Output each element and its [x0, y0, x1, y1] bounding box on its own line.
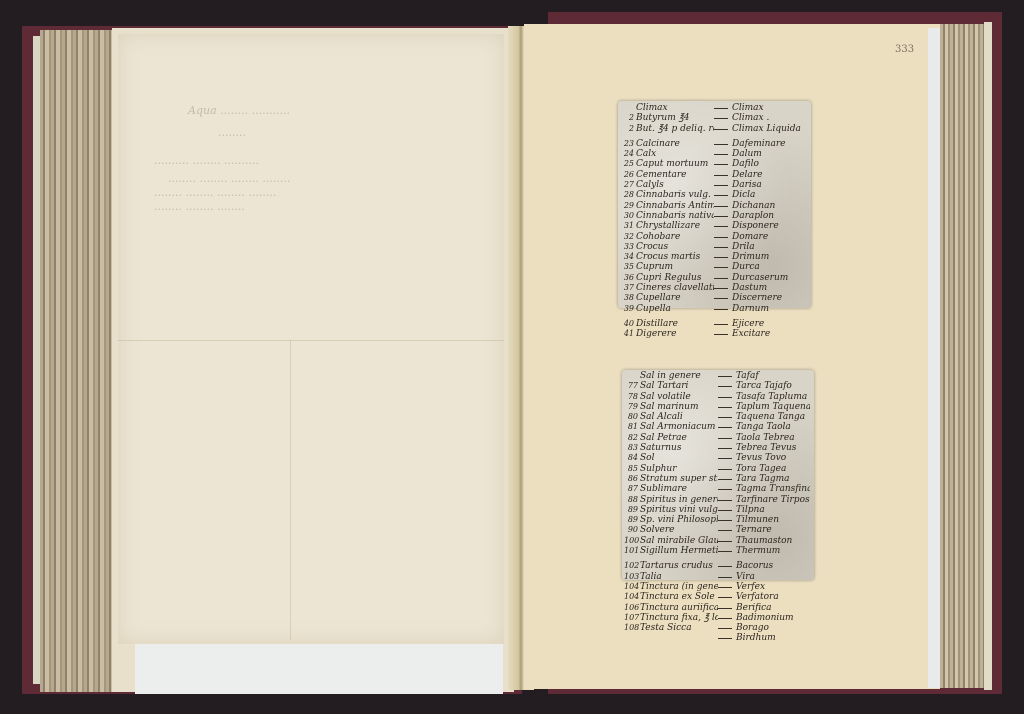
- entry-number: 31: [620, 221, 636, 231]
- code-term: Daraplon: [732, 211, 807, 221]
- code-term: Excitare: [732, 329, 807, 339]
- entry-number: 82: [624, 433, 640, 443]
- dash-line: [714, 159, 728, 165]
- entry-number: 86: [624, 474, 640, 484]
- entry-number: 29: [620, 201, 636, 211]
- entry-number: 89: [624, 515, 640, 525]
- latin-term: Sublimare: [640, 484, 718, 494]
- entry-number: 26: [620, 170, 636, 180]
- faint-line: ........ ........ ........: [154, 200, 245, 213]
- entry-row: 77Sal TartariTarca Tajafo: [624, 381, 810, 391]
- entry-row: 100Sal mirabile GlauberiThaumaston: [624, 536, 810, 546]
- entry-row: Birdhum: [624, 633, 810, 643]
- code-term: Birdhum: [736, 633, 810, 643]
- entry-row: 25Caput mortuumDafilo: [620, 159, 807, 169]
- code-term: Domare: [732, 232, 807, 242]
- dash-line: [714, 124, 728, 130]
- dash-line: [714, 232, 728, 238]
- entry-row: 83SaturnusTebrea Tevus: [624, 443, 810, 453]
- backing-sheet: [135, 644, 503, 694]
- dash-line: [714, 221, 728, 227]
- code-term: Tanga Taola: [736, 422, 810, 432]
- dash-line: [718, 603, 732, 609]
- code-term: Tebrea Tevus: [736, 443, 810, 453]
- faint-line: .......... ........ ..........: [154, 154, 259, 167]
- entry-row: 79Sal marinumTaplum Taquena: [624, 402, 810, 412]
- dash-line: [718, 505, 732, 511]
- entry-row: 37Cineres clavellatiDastum: [620, 283, 807, 293]
- code-term: Dicla: [732, 190, 807, 200]
- latin-term: Climax: [636, 103, 714, 113]
- code-term: Badimonium: [736, 613, 810, 623]
- entry-row: 89Spiritus vini vulgarisTilpna: [624, 505, 810, 515]
- entry-row: 101Sigillum HermetisThermum: [624, 546, 810, 556]
- code-term: Thermum: [736, 546, 810, 556]
- code-term: Dalum: [732, 149, 807, 159]
- dash-line: [718, 484, 732, 490]
- latin-term: Digerere: [636, 329, 714, 339]
- entry-number: 84: [624, 453, 640, 463]
- faint-line: ........ ........ ........ ........: [168, 172, 290, 185]
- code-term: Borago: [736, 623, 810, 633]
- latin-term: Tinctura (in genere): [640, 582, 718, 592]
- fold-crease-horizontal: [118, 340, 504, 341]
- endpaper-right: [984, 22, 992, 690]
- entry-number: 28: [620, 190, 636, 200]
- entry-number: 106: [624, 603, 640, 613]
- dash-line: [718, 422, 732, 428]
- dash-line: [714, 329, 728, 335]
- entry-row: 38CupellareDiscernere: [620, 293, 807, 303]
- entry-row: 2But. ℥4 p deliq. resol.Climax Liquida: [620, 124, 807, 134]
- latin-term: Cupella: [636, 304, 714, 314]
- entry-number: 85: [624, 464, 640, 474]
- code-term: Tagma Transfinare: [736, 484, 810, 494]
- latin-term: Sal Petrae: [640, 433, 718, 443]
- latin-term: Sal volatile: [640, 392, 718, 402]
- latin-term: Talia: [640, 572, 718, 582]
- entry-row: 24CalxDalum: [620, 149, 807, 159]
- dash-line: [718, 592, 732, 598]
- code-term: Drimum: [732, 252, 807, 262]
- entry-number: 39: [620, 304, 636, 314]
- page-edges-right: [940, 24, 988, 688]
- entry-row: 103TaliaVira: [624, 572, 810, 582]
- dash-line: [714, 180, 728, 186]
- code-term: Drila: [732, 242, 807, 252]
- entry-row: 108Testa SiccaBorago: [624, 623, 810, 633]
- entry-number: 78: [624, 392, 640, 402]
- latin-term: Sulphur: [640, 464, 718, 474]
- code-term: Dastum: [732, 283, 807, 293]
- entry-row: Sal in genereTafaf: [624, 371, 810, 381]
- entry-number: 25: [620, 159, 636, 169]
- entry-number: 83: [624, 443, 640, 453]
- latin-term: Cinnabaris Antim.: [636, 201, 714, 211]
- code-term: Darisa: [732, 180, 807, 190]
- latin-term: Cohobare: [636, 232, 714, 242]
- entry-number: 108: [624, 623, 640, 633]
- pasted-slip-top: ClimaxClimax2Butyrum ℥4Climax .2But. ℥4 …: [618, 101, 811, 308]
- entry-number: [624, 371, 640, 381]
- code-term: Verfatora: [736, 592, 810, 602]
- dash-line: [714, 211, 728, 217]
- code-term: Dafilo: [732, 159, 807, 169]
- dash-line: [718, 443, 732, 449]
- entry-number: 90: [624, 525, 640, 535]
- page-edges-left: [40, 30, 120, 692]
- code-term: Vira: [736, 572, 810, 582]
- latin-term: Sal Armoniacum: [640, 422, 718, 432]
- dash-line: [714, 273, 728, 279]
- code-term: Durcaserum: [732, 273, 807, 283]
- folio-number: 333: [895, 44, 914, 55]
- entry-row: 82Sal PetraeTaola Tebrea: [624, 433, 810, 443]
- entry-row: 81Sal ArmoniacumTanga Taola: [624, 422, 810, 432]
- code-term: Tasafa Tapluma: [736, 392, 810, 402]
- entry-row: 36Cupri RegulusDurcaserum: [620, 273, 807, 283]
- latin-term: Sal Tartari: [640, 381, 718, 391]
- entry-row: 27CalylsDarisa: [620, 180, 807, 190]
- latin-term: Tinctura fixa, ℥ lo'm.snd.: [640, 613, 718, 623]
- latin-term: Tinctura auriifica: [640, 603, 718, 613]
- code-term: Verfex: [736, 582, 810, 592]
- code-term: Taola Tebrea: [736, 433, 810, 443]
- entry-number: [620, 103, 636, 113]
- latin-term: Cinnabaris vulg.: [636, 190, 714, 200]
- dash-line: [718, 633, 732, 639]
- code-term: Tora Tagea: [736, 464, 810, 474]
- latin-term: Calx: [636, 149, 714, 159]
- dash-line: [718, 536, 732, 542]
- dash-line: [718, 464, 732, 470]
- latin-term: Caput mortuum: [636, 159, 714, 169]
- dash-line: [714, 319, 728, 325]
- latin-term: Sal in genere: [640, 371, 718, 381]
- latin-term: Cupellare: [636, 293, 714, 303]
- latin-term: Cineres clavellati: [636, 283, 714, 293]
- entry-row: 33CrocusDrila: [620, 242, 807, 252]
- entry-row: ClimaxClimax: [620, 103, 807, 113]
- entry-row: 30Cinnabaris nativaDaraplon: [620, 211, 807, 221]
- latin-term: Cupri Regulus: [636, 273, 714, 283]
- latin-term: Sigillum Hermetis: [640, 546, 718, 556]
- entry-row: 102Tartarus crudusBacorus: [624, 561, 810, 571]
- entry-number: 30: [620, 211, 636, 221]
- latin-term: Cinnabaris nativa: [636, 211, 714, 221]
- code-term: Climax .: [732, 113, 807, 123]
- entry-number: 36: [620, 273, 636, 283]
- dash-line: [714, 283, 728, 289]
- latin-term: Sp. vini Philosophicus: [640, 515, 718, 525]
- entry-row: 26CementareDelare: [620, 170, 807, 180]
- dash-line: [718, 572, 732, 578]
- latin-term: Crocus martis: [636, 252, 714, 262]
- entry-row: 84SolTevus Tovo: [624, 453, 810, 463]
- entry-number: 23: [620, 139, 636, 149]
- dash-line: [718, 412, 732, 418]
- entry-row: 80Sal AlcaliTaquena Tanga: [624, 412, 810, 422]
- entry-row: 23CalcinareDafeminare: [620, 139, 807, 149]
- dash-line: [714, 190, 728, 196]
- entry-row: 104Tinctura ex SoleVerfatora: [624, 592, 810, 602]
- entry-number: 27: [620, 180, 636, 190]
- latin-term: Calyls: [636, 180, 714, 190]
- dash-line: [718, 371, 732, 377]
- dash-line: [714, 242, 728, 248]
- entry-number: 38: [620, 293, 636, 303]
- latin-term: Solvere: [640, 525, 718, 535]
- latin-term: Spiritus vini vulgaris: [640, 505, 718, 515]
- entry-row: 41DigerereExcitare: [620, 329, 807, 339]
- code-term: Dichanan: [732, 201, 807, 211]
- dash-line: [718, 433, 732, 439]
- entry-row: 31ChrystallizareDisponere: [620, 221, 807, 231]
- entry-number: 103: [624, 572, 640, 582]
- latin-term: Chrystallizare: [636, 221, 714, 231]
- entry-row: 107Tinctura fixa, ℥ lo'm.snd.Badimonium: [624, 613, 810, 623]
- entry-row: 86Stratum super stratumTara Tagma: [624, 474, 810, 484]
- entry-number: 41: [620, 329, 636, 339]
- code-term: Ejicere: [732, 319, 807, 329]
- entry-number: 87: [624, 484, 640, 494]
- entry-number: 24: [620, 149, 636, 159]
- code-term: Darnum: [732, 304, 807, 314]
- entry-row: 88Spiritus in genereTarfinare Tirpos: [624, 495, 810, 505]
- code-term: Tilpna: [736, 505, 810, 515]
- latin-term: Tartarus crudus: [640, 561, 718, 571]
- latin-term: Stratum super stratum: [640, 474, 718, 484]
- dash-line: [718, 402, 732, 408]
- entry-number: 101: [624, 546, 640, 556]
- dash-line: [718, 495, 732, 501]
- entry-number: 89: [624, 505, 640, 515]
- entry-row: 34Crocus martisDrimum: [620, 252, 807, 262]
- code-term: Taquena Tanga: [736, 412, 810, 422]
- dash-line: [718, 453, 732, 459]
- entry-number: 2: [620, 113, 636, 123]
- entry-row: 28Cinnabaris vulg.Dicla: [620, 190, 807, 200]
- latin-term: Sal marinum: [640, 402, 718, 412]
- entry-row: 78Sal volatileTasafa Tapluma: [624, 392, 810, 402]
- entry-row: 39CupellaDarnum: [620, 304, 807, 314]
- entry-number: 79: [624, 402, 640, 412]
- latin-term: Spiritus in genere: [640, 495, 718, 505]
- dash-line: [714, 304, 728, 310]
- dash-line: [714, 262, 728, 268]
- entry-row: 29Cinnabaris Antim.Dichanan: [620, 201, 807, 211]
- code-term: Bacorus: [736, 561, 810, 571]
- fold-crease-vertical: [290, 340, 291, 640]
- dash-line: [718, 474, 732, 480]
- entry-number: 107: [624, 613, 640, 623]
- dash-line: [714, 139, 728, 145]
- faint-line: ........ ........ ........ ........: [154, 186, 276, 199]
- left-page: Aqua ........ ........... ........ .....…: [118, 34, 504, 644]
- entry-number: 102: [624, 561, 640, 571]
- code-term: Tafaf: [736, 371, 810, 381]
- entry-number: 34: [620, 252, 636, 262]
- entry-row: 35CuprumDurca: [620, 262, 807, 272]
- dash-line: [718, 561, 732, 567]
- entry-number: 77: [624, 381, 640, 391]
- dash-line: [718, 623, 732, 629]
- code-term: Climax Liquida: [732, 124, 807, 134]
- dash-line: [714, 149, 728, 155]
- entry-row: 85SulphurTora Tagea: [624, 464, 810, 474]
- latin-term: Saturnus: [640, 443, 718, 453]
- code-term: Taplum Taquena: [736, 402, 810, 412]
- code-term: Berifica: [736, 603, 810, 613]
- code-term: Disponere: [732, 221, 807, 231]
- latin-term: Butyrum ℥4: [636, 113, 714, 123]
- entry-number: 80: [624, 412, 640, 422]
- entry-number: 81: [624, 422, 640, 432]
- latin-term: But. ℥4 p deliq. resol.: [636, 124, 714, 134]
- entry-number: [624, 633, 640, 643]
- entry-number: 2: [620, 124, 636, 134]
- entry-number: 33: [620, 242, 636, 252]
- entry-row: 90SolvereTernare: [624, 525, 810, 535]
- code-term: Tarfinare Tirpos: [736, 495, 810, 505]
- latin-term: Sal mirabile Glauberi: [640, 536, 718, 546]
- pasted-slip-bottom: Sal in genereTafaf77Sal TartariTarca Taj…: [622, 370, 814, 580]
- entry-row: 106Tinctura auriificaBerifica: [624, 603, 810, 613]
- dash-line: [714, 252, 728, 258]
- latin-term: Crocus: [636, 242, 714, 252]
- code-term: Discernere: [732, 293, 807, 303]
- code-term: Tilmunen: [736, 515, 810, 525]
- dash-line: [714, 103, 728, 109]
- entry-number: 104: [624, 582, 640, 592]
- entry-number: 100: [624, 536, 640, 546]
- entry-row: 40DistillareEjicere: [620, 319, 807, 329]
- entry-row: 104Tinctura (in genere)Verfex: [624, 582, 810, 592]
- entry-row: 32CohobareDomare: [620, 232, 807, 242]
- dash-line: [718, 381, 732, 387]
- dash-line: [718, 546, 732, 552]
- latin-term: Calcinare: [636, 139, 714, 149]
- latin-term: Cementare: [636, 170, 714, 180]
- entry-number: 37: [620, 283, 636, 293]
- code-term: Tara Tagma: [736, 474, 810, 484]
- dash-line: [714, 201, 728, 207]
- code-term: Tevus Tovo: [736, 453, 810, 463]
- entry-number: 40: [620, 319, 636, 329]
- code-term: Tarca Tajafo: [736, 381, 810, 391]
- code-term: Ternare: [736, 525, 810, 535]
- dash-line: [718, 525, 732, 531]
- entry-row: 87SublimareTagma Transfinare: [624, 484, 810, 494]
- dash-line: [714, 113, 728, 119]
- dash-line: [714, 170, 728, 176]
- latin-term: Sal Alcali: [640, 412, 718, 422]
- code-term: Dafeminare: [732, 139, 807, 149]
- latin-term: [640, 633, 718, 643]
- entry-number: 88: [624, 495, 640, 505]
- dash-line: [718, 613, 732, 619]
- entry-row: 89Sp. vini PhilosophicusTilmunen: [624, 515, 810, 525]
- dash-line: [718, 582, 732, 588]
- latin-term: Testa Sicca: [640, 623, 718, 633]
- entry-number: 104: [624, 592, 640, 602]
- latin-term: Distillare: [636, 319, 714, 329]
- code-term: Climax: [732, 103, 807, 113]
- dash-line: [718, 515, 732, 521]
- faint-subheading: ........: [218, 126, 246, 139]
- faint-heading: Aqua ........ ...........: [188, 104, 290, 117]
- dash-line: [714, 293, 728, 299]
- entry-row: 2Butyrum ℥4Climax .: [620, 113, 807, 123]
- entry-number: 32: [620, 232, 636, 242]
- code-term: Durca: [732, 262, 807, 272]
- latin-term: Tinctura ex Sole: [640, 592, 718, 602]
- latin-term: Cuprum: [636, 262, 714, 272]
- entry-number: 35: [620, 262, 636, 272]
- code-term: Delare: [732, 170, 807, 180]
- code-term: Thaumaston: [736, 536, 810, 546]
- latin-term: Sol: [640, 453, 718, 463]
- dash-line: [718, 392, 732, 398]
